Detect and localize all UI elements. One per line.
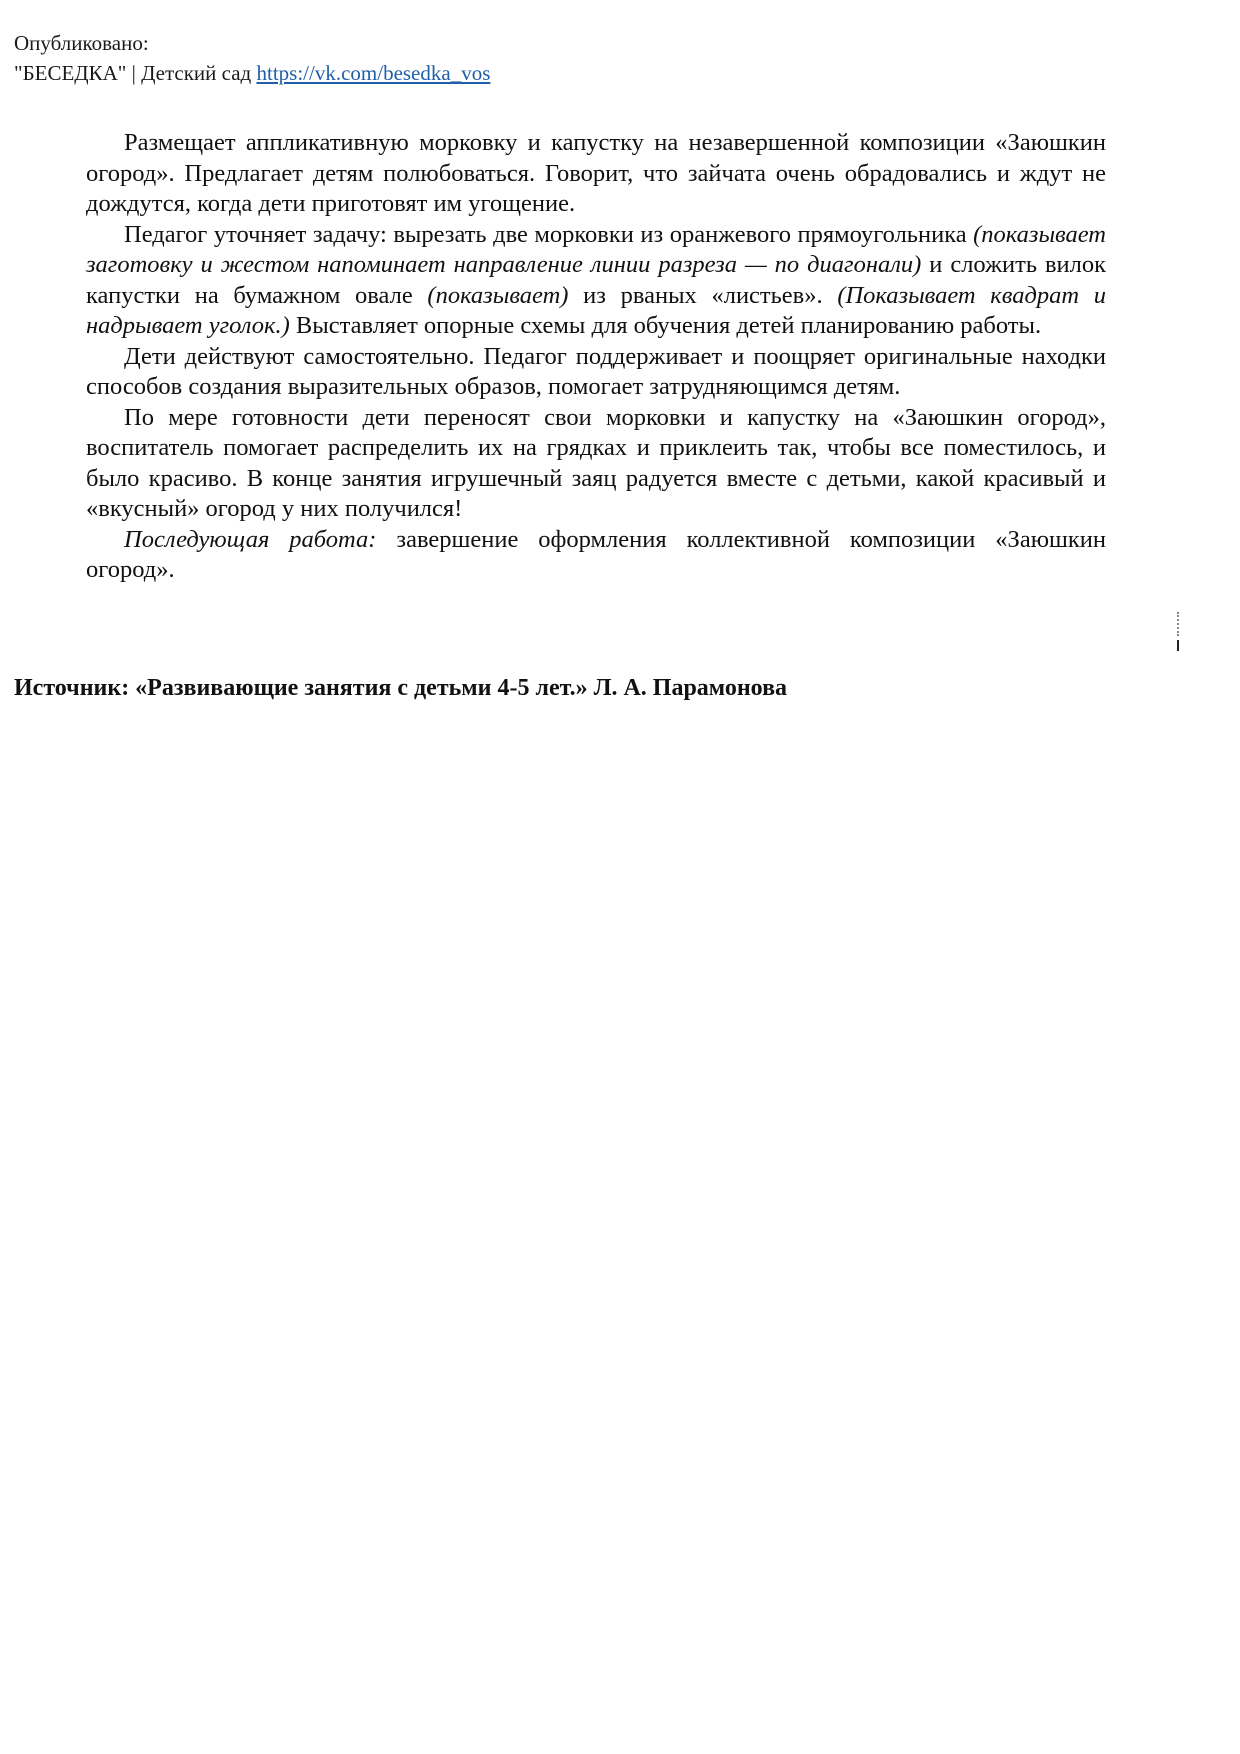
paragraph: Последующая работа: завершение оформлени… [86, 525, 1106, 586]
published-label: Опубликовано: [14, 28, 490, 58]
text-segment: Дети действуют самостоятельно. Педагог п… [86, 343, 1106, 401]
dotted-line [1177, 612, 1181, 636]
bar-mark [1177, 640, 1179, 651]
paragraph: Дети действуют самостоятельно. Педагог п… [86, 342, 1106, 403]
article-body: Размещает аппликативную морковку и капус… [86, 128, 1106, 586]
paragraph: По мере готовности дети переносят свои м… [86, 403, 1106, 525]
paragraph: Размещает аппликативную морковку и капус… [86, 128, 1106, 220]
org-line: "БЕСЕДКА" | Детский сад https://vk.com/b… [14, 58, 490, 88]
source-citation: Источник: «Развивающие занятия с детьми … [14, 675, 787, 702]
text-segment: Размещает аппликативную морковку и капус… [86, 129, 1106, 217]
text-segment: Педагог уточняет задачу: вырезать две мо… [124, 221, 973, 248]
org-name: "БЕСЕДКА" | Детский сад [14, 61, 256, 85]
margin-mark-decoration [1177, 612, 1180, 652]
paragraph: Педагог уточняет задачу: вырезать две мо… [86, 220, 1106, 342]
text-segment: из рваных «листьев». [568, 282, 837, 309]
text-segment: Выставляет опорные схемы для обучения де… [290, 312, 1041, 339]
vk-link[interactable]: https://vk.com/besedka_vos [256, 61, 490, 85]
publication-header: Опубликовано: "БЕСЕДКА" | Детский сад ht… [14, 28, 490, 88]
italic-segment: (показывает) [427, 282, 568, 309]
text-segment: По мере готовности дети переносят свои м… [86, 404, 1106, 523]
italic-segment: Последующая работа: [124, 526, 376, 553]
